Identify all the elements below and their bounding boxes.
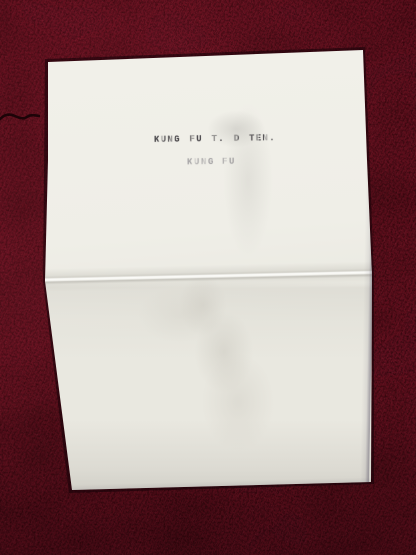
stamp-title-text: KUNG FU T. D TEN. bbox=[154, 133, 276, 145]
horizontal-fold-crease bbox=[42, 261, 376, 293]
carpet-thread-mark bbox=[0, 108, 42, 128]
stamp-subtitle-text: KUNG FU bbox=[187, 157, 236, 168]
photo-scene: KUNG FU T. D TEN. KUNG FU bbox=[0, 0, 416, 555]
